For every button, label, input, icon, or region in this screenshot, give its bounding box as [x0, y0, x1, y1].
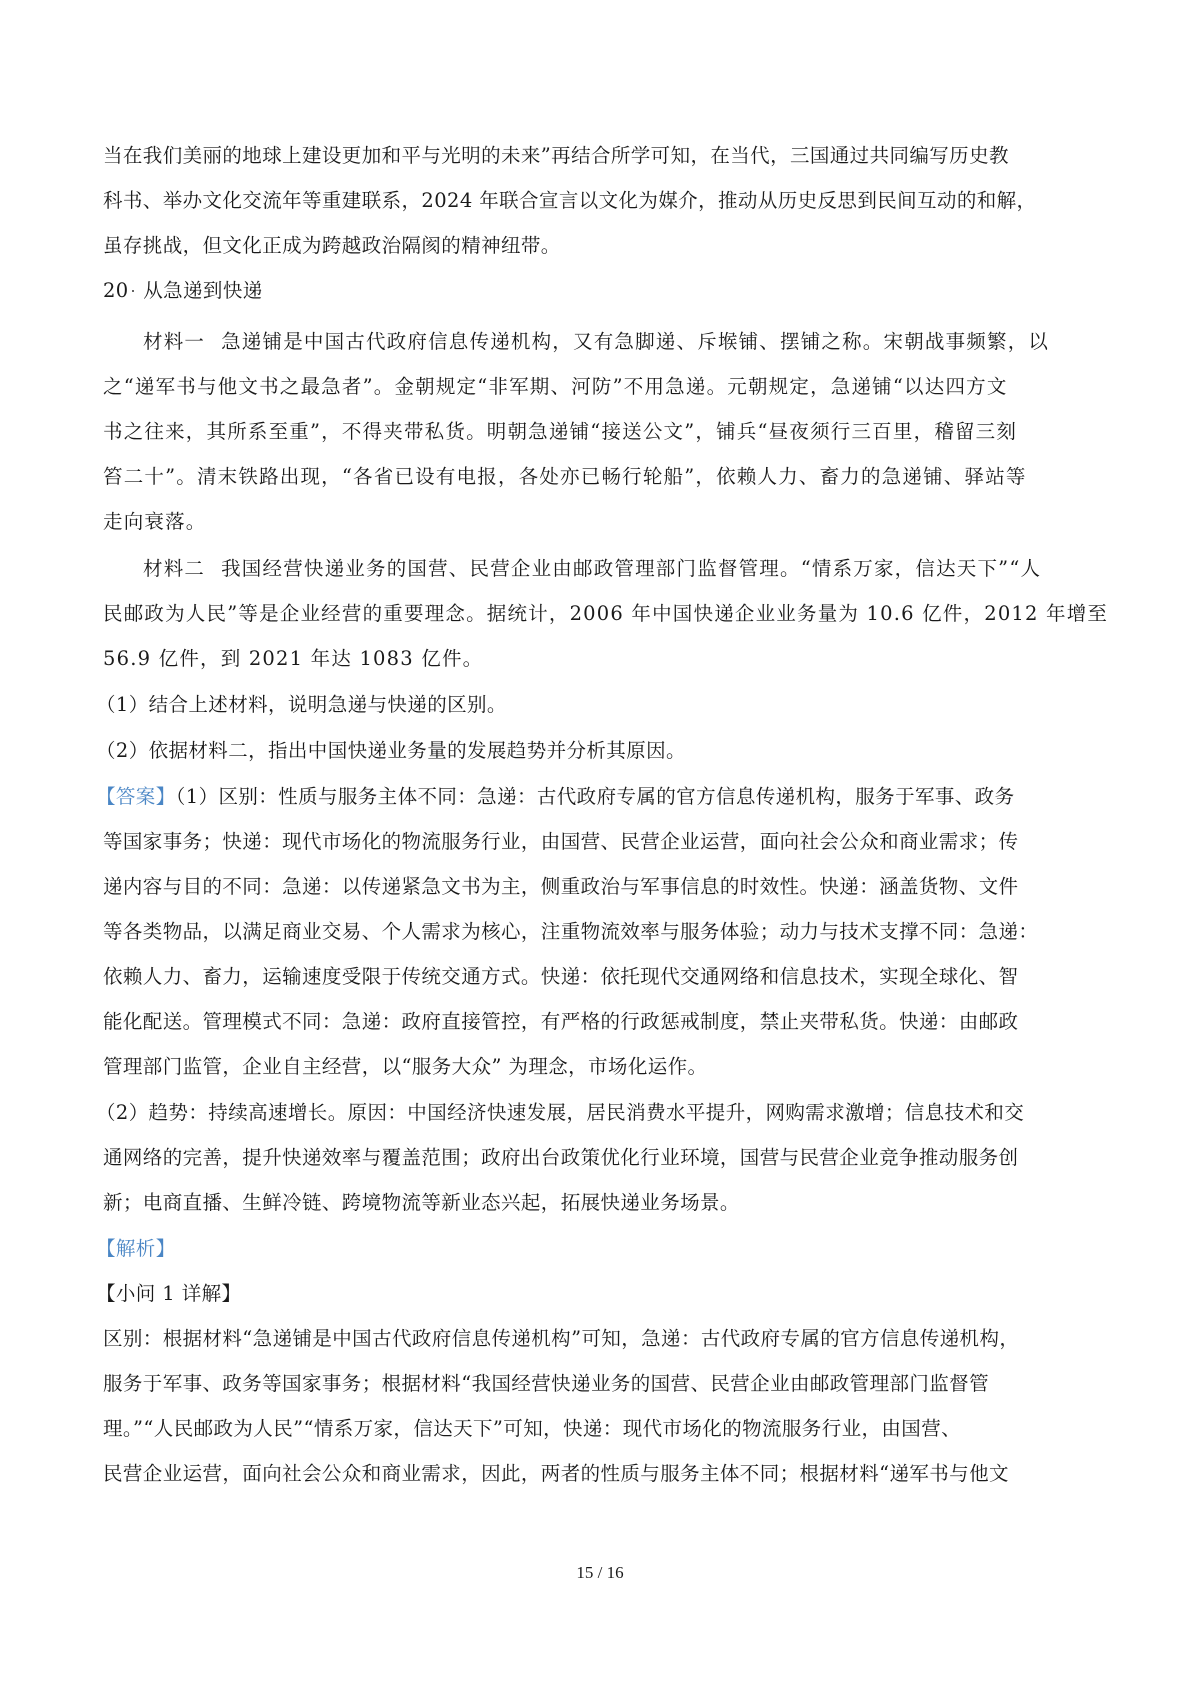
paragraph-line: 科书、举办文化交流年等重建联系，2024 年联合宣言以文化为媒介，推动从历史反思…	[103, 187, 1103, 215]
answer-line: 通网络的完善，提升快递效率与覆盖范围；政府出台政策优化行业环境，国营与民营企业竞…	[103, 1144, 1103, 1172]
answer-line: 依赖人力、畜力，运输速度受限于传统交通方式。快递：依托现代交通网络和信息技术，实…	[103, 963, 1103, 991]
answer-line: 能化配送。管理模式不同：急递：政府直接管控，有严格的行政惩戒制度，禁止夹带私货。…	[103, 1008, 1103, 1036]
paragraph-line: 虽存挑战，但文化正成为跨越政治隔阂的精神纽带。	[103, 232, 1103, 260]
material-one-line: 材料一急递铺是中国古代政府信息传递机构，又有急脚递、斥堠铺、摆铺之称。宋朝战事频…	[143, 328, 1143, 356]
material-one-line: 笞二十”。清末铁路出现，“各省已设有电报，各处亦已畅行轮船”，依赖人力、畜力的急…	[103, 463, 1103, 491]
analysis-label: 【解析】	[96, 1235, 1096, 1263]
page-number: 15 / 16	[0, 1563, 1200, 1583]
answer-line: （2）趋势：持续高速增长。原因：中国经济快速发展，居民消费水平提升，网购需求激增…	[96, 1099, 1096, 1127]
answer-line: 管理部门监管，企业自主经营，以“服务大众” 为理念，市场化运作。	[103, 1053, 1103, 1081]
analysis-subheading: 【小问 1 详解】	[96, 1280, 1096, 1308]
answer-line: 递内容与目的不同：急递：以传递紧急文书为主，侧重政治与军事信息的时效性。快递：涵…	[103, 873, 1103, 901]
paragraph-line: 当在我们美丽的地球上建设更加和平与光明的未来”再结合所学可知，在当代，三国通过共…	[103, 142, 1103, 170]
analysis-line: 区别：根据材料“急递铺是中国古代政府信息传递机构”可知，急递：古代政府专属的官方…	[103, 1325, 1103, 1353]
question-number: 20	[103, 279, 129, 302]
answer-line: 新；电商直播、生鲜冷链、跨境物流等新业态兴起，拓展快递业务场景。	[103, 1189, 1103, 1217]
answer-label: 【答案】	[96, 785, 176, 808]
material-one-line: 之“递军书与他文书之最急者”。金朝规定“非军期、河防”不用急递。元朝规定，急递铺…	[103, 373, 1103, 401]
stray-dot	[132, 290, 134, 292]
material-two-label: 材料二	[143, 557, 205, 580]
material-two-line: 56.9 亿件，到 2021 年达 1083 亿件。	[103, 645, 1103, 673]
material-one-line: 走向衰落。	[103, 508, 1103, 536]
question-title: 从急递到快递	[143, 279, 262, 302]
analysis-line: 民营企业运营，面向社会公众和商业需求，因此，两者的性质与服务主体不同；根据材料“…	[103, 1460, 1103, 1488]
material-two-line: 民邮政为人民”等是企业经营的重要理念。据统计，2006 年中国快递企业业务量为 …	[103, 600, 1103, 628]
document-page: 当在我们美丽的地球上建设更加和平与光明的未来”再结合所学可知，在当代，三国通过共…	[0, 0, 1200, 1697]
material-one-label: 材料一	[143, 330, 205, 353]
answer-line: 【答案】（1）区别：性质与服务主体不同：急递：古代政府专属的官方信息传递机构，服…	[96, 783, 1096, 811]
material-one-line: 书之往来，其所系至重”，不得夹带私货。明朝急递铺“接送公文”，铺兵“昼夜须行三百…	[103, 418, 1103, 446]
analysis-line: 理。”“人民邮政为人民”“情系万家，信达天下”可知，快递：现代市场化的物流服务行…	[103, 1415, 1103, 1443]
material-two-line: 材料二我国经营快递业务的国营、民营企业由邮政管理部门监督管理。“情系万家，信达天…	[143, 555, 1143, 583]
question-heading: 20 从急递到快递	[103, 277, 1103, 305]
sub-question-1: （1）结合上述材料，说明急递与快递的区别。	[96, 691, 1096, 719]
answer-line: 等国家事务；快递：现代市场化的物流服务行业，由国营、民营企业运营，面向社会公众和…	[103, 828, 1103, 856]
answer-line: 等各类物品，以满足商业交易、个人需求为核心，注重物流效率与服务体验；动力与技术支…	[103, 918, 1103, 946]
sub-question-2: （2）依据材料二，指出中国快递业务量的发展趋势并分析其原因。	[96, 737, 1096, 765]
analysis-line: 服务于军事、政务等国家事务；根据材料“我国经营快递业务的国营、民营企业由邮政管理…	[103, 1370, 1103, 1398]
